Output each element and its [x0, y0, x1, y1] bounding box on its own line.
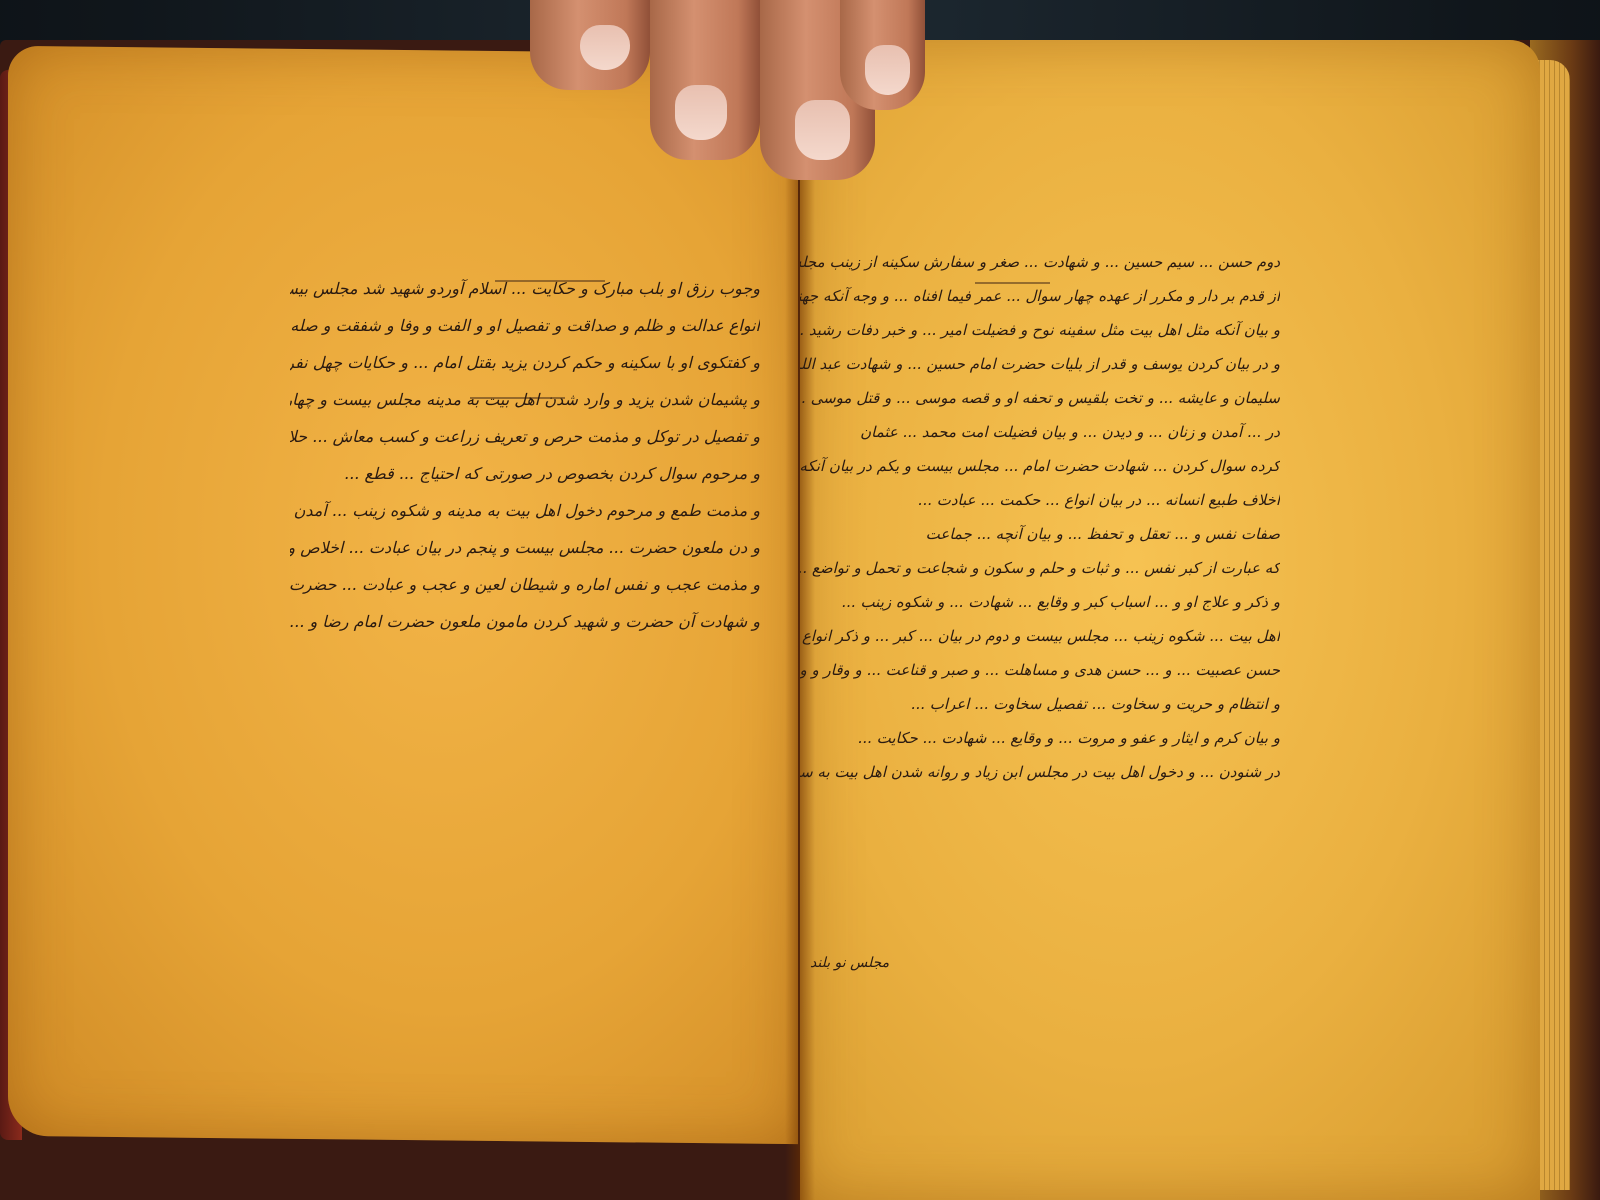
manuscript-line: اخلاف طبیع انسانه ... در بیان انواع ... … — [800, 483, 1280, 517]
manuscript-line: و شهادت آن حضرت و شهید کردن مامون ملعون … — [290, 603, 760, 640]
manuscript-line: انواع عدالت و ظلم و صداقت و تفصیل او و ا… — [290, 307, 760, 344]
manuscript-line: وجوب رزق او بلب مبارک و حکایت ... اسلام … — [290, 270, 760, 307]
manuscript-line: و دن ملعون حضرت ... مجلس بیست و پنجم در … — [290, 529, 760, 566]
manuscript-line: از قدم بر دار و مکرر از عهده چهار سوال .… — [800, 279, 1280, 313]
manuscript-line: در شنودن ... و دخول اهل بیت در مجلس ابن … — [800, 755, 1280, 789]
manuscript-line: حسن عصبیت ... و ... حسن هدی و مساهلت ...… — [800, 653, 1280, 687]
manuscript-line: و بیان کرم و ایثار و عفو و مروت ... و وق… — [800, 721, 1280, 755]
manuscript-line: و پشیمان شدن یزید و وارد شدن اهل بیت به … — [290, 381, 760, 418]
fingernail — [675, 85, 727, 140]
manuscript-line: و ذکر و علاج او و ... اسباب کبر و وقایع … — [800, 585, 1280, 619]
finger — [650, 0, 760, 160]
manuscript-line: در ... آمدن و زنان ... و دیدن ... و بیان… — [800, 415, 1280, 449]
page-footer-note: مجلس نو بلند — [810, 955, 889, 971]
manuscript-line: و مذمت عجب و نفس اماره و شیطان لعین و عج… — [290, 566, 760, 603]
right-page-text: دوم حسن ... سیم حسین ... و شهادت ... صغر… — [800, 245, 1280, 789]
manuscript-line: دوم حسن ... سیم حسین ... و شهادت ... صغر… — [800, 245, 1280, 279]
finger — [840, 0, 925, 110]
fingernail — [865, 45, 910, 95]
manuscript-line: که عبارت از کبر نفس ... و ثبات و حلم و س… — [800, 551, 1280, 585]
manuscript-line: صفات نفس و ... تعقل و تحفظ ... و بیان آن… — [800, 517, 1280, 551]
fingernail — [580, 25, 630, 70]
fingernail — [795, 100, 850, 160]
manuscript-line: و تفصیل در توکل و مذمت حرص و تعریف زراعت… — [290, 418, 760, 455]
manuscript-line: و مذمت طمع و مرحوم دخول اهل بیت به مدینه… — [290, 492, 760, 529]
left-page-text: وجوب رزق او بلب مبارک و حکایت ... اسلام … — [290, 270, 760, 640]
manuscript-line: و بیان آنکه مثل اهل بیت مثل سفینه نوح و … — [800, 313, 1280, 347]
finger — [530, 0, 650, 90]
manuscript-line: اهل بیت ... شکوه زینب ... مجلس بیست و دو… — [800, 619, 1280, 653]
manuscript-line: و در بیان کردن یوسف و قدر از بلیات حضرت … — [800, 347, 1280, 381]
manuscript-line: سلیمان و عایشه ... و تخت بلقیس و تحفه او… — [800, 381, 1280, 415]
manuscript-line: و انتظام و حریت و سخاوت ... تفصیل سخاوت … — [800, 687, 1280, 721]
manuscript-line: و کفتکوی او با سکینه و حکم کردن یزید بقت… — [290, 344, 760, 381]
manuscript-line: و مرحوم سوال کردن بخصوص در صورتی که احتی… — [290, 455, 760, 492]
manuscript-line: کرده سوال کردن ... شهادت حضرت امام ... م… — [800, 449, 1280, 483]
